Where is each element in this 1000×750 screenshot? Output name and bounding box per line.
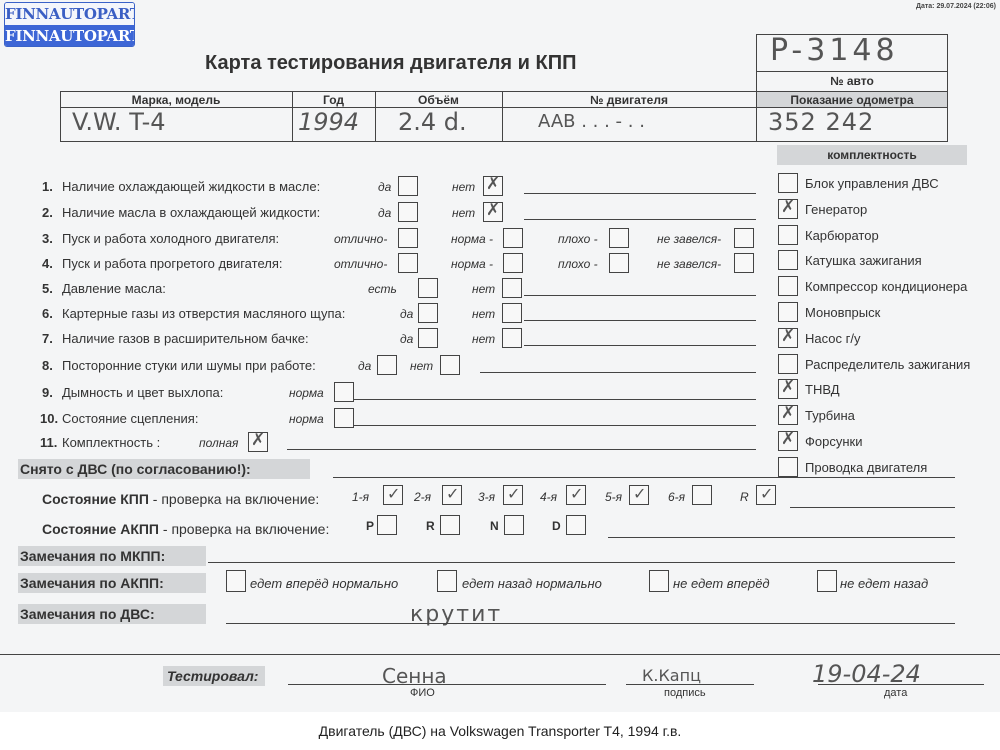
auto-remarks-label: Замечания по АКПП: [20, 575, 164, 591]
engine-remarks-line[interactable] [226, 623, 955, 624]
completeness-checkbox[interactable] [778, 173, 798, 193]
check-number: 11. [40, 435, 57, 450]
check-option-checkbox[interactable] [609, 228, 629, 248]
check-option-label: нет [452, 206, 475, 220]
completeness-checkbox[interactable] [778, 354, 798, 374]
check-option-checkbox[interactable] [734, 228, 754, 248]
check-number: 5. [42, 281, 53, 296]
volume-value: 2.4 d. [398, 108, 467, 136]
check-option-checkbox[interactable] [734, 253, 754, 273]
check-number: 3. [42, 231, 53, 246]
check-option-checkbox[interactable] [503, 228, 523, 248]
col-odometer: Показание одометра [756, 93, 948, 107]
check-notes-line[interactable] [287, 449, 756, 450]
completeness-checkbox[interactable] [778, 250, 798, 270]
check-option-checkbox[interactable] [418, 328, 438, 348]
check-option-checkbox[interactable] [502, 303, 522, 323]
gear-label: 2-я [414, 490, 431, 504]
gear-label: 6-я [668, 490, 685, 504]
check-notes-line[interactable] [524, 193, 756, 194]
check-label: Наличие масла в охлаждающей жидкости: [62, 205, 320, 220]
check-option-checkbox[interactable] [398, 228, 418, 248]
gear-checkbox[interactable] [692, 485, 712, 505]
auto-remark-checkbox[interactable] [226, 570, 246, 592]
gear-label: 4-я [540, 490, 557, 504]
logo-line-2: FINNAUTOPARTS [5, 25, 134, 47]
check-label: Давление масла: [62, 281, 166, 296]
manual-remarks-label: Замечания по МКПП: [20, 548, 165, 564]
auto-gear-label: R [426, 519, 435, 533]
auto-remark-checkbox[interactable] [649, 570, 669, 592]
check-option-label: да [400, 332, 413, 346]
check-option-label: нет [472, 307, 495, 321]
car-number-label: № авто [756, 74, 948, 88]
completeness-item-label: Катушка зажигания [805, 253, 922, 268]
completeness-header-label: комплектность [777, 148, 967, 162]
completeness-item-label: Проводка двигателя [805, 460, 927, 475]
check-option-label: норма [289, 386, 324, 400]
check-option-checkbox[interactable] [334, 408, 354, 428]
check-option-label: плохо - [558, 257, 598, 271]
completeness-checkbox[interactable] [778, 276, 798, 296]
check-option-checkbox[interactable] [334, 382, 354, 402]
check-option-checkbox[interactable] [483, 176, 503, 196]
engine-remarks-label: Замечания по ДВС: [20, 606, 155, 622]
completeness-checkbox[interactable] [778, 379, 798, 399]
completeness-item-label: Насос г/у [805, 331, 860, 346]
gear-label: R [740, 490, 749, 504]
auto-gear-checkbox[interactable] [504, 515, 524, 535]
auto-remark-label: едет назад нормально [462, 576, 602, 591]
check-notes-line[interactable] [524, 219, 756, 220]
check-number: 10. [40, 411, 58, 426]
removed-label: Снято с ДВС (по согласованию!): [20, 461, 251, 477]
check-option-checkbox[interactable] [503, 253, 523, 273]
check-option-label: норма - [451, 257, 493, 271]
finnautoparts-logo: FINNAUTOPARTS FINNAUTOPARTS [4, 2, 135, 47]
auto-gearbox-label: Состояние АКПП - проверка на включение: [42, 521, 329, 537]
check-option-label: нет [410, 359, 433, 373]
check-option-checkbox[interactable] [609, 253, 629, 273]
signature-line[interactable] [626, 684, 754, 685]
completeness-checkbox[interactable] [778, 199, 798, 219]
make-model-value: V.W. T-4 [72, 108, 166, 136]
signature-caption: подпись [664, 687, 706, 699]
auto-remark-checkbox[interactable] [437, 570, 457, 592]
auto-remark-label: не едет вперёд [673, 576, 770, 591]
completeness-item-label: Форсунки [805, 434, 862, 449]
tester-name-line[interactable] [288, 684, 606, 685]
print-date: Дата: 29.07.2024 (22:06) [916, 3, 996, 10]
gear-checkbox[interactable] [503, 485, 523, 505]
check-number: 7. [42, 331, 53, 346]
auto-gear-label: P [366, 519, 374, 533]
gear-label: 1-я [352, 490, 369, 504]
check-number: 4. [42, 256, 53, 271]
check-notes-line[interactable] [524, 320, 756, 321]
check-option-label: не завелся- [657, 257, 721, 271]
check-option-label: норма [289, 412, 324, 426]
date-caption: дата [884, 687, 907, 699]
check-option-label: да [378, 206, 391, 220]
completeness-item-label: Моновпрыск [805, 305, 880, 320]
check-notes-line[interactable] [354, 425, 756, 426]
year-value: 1994 [298, 108, 359, 136]
completeness-checkbox[interactable] [778, 457, 798, 477]
check-option-label: нет [472, 282, 495, 296]
gear-checkbox[interactable] [442, 485, 462, 505]
auto-gear-checkbox[interactable] [377, 515, 397, 535]
check-number: 8. [42, 358, 53, 373]
check-option-label: отлично- [334, 257, 387, 271]
check-option-checkbox[interactable] [502, 278, 522, 298]
col-year: Год [292, 93, 375, 107]
check-option-checkbox[interactable] [418, 278, 438, 298]
auto-remark-label: едет вперёд нормально [250, 576, 398, 591]
check-label: Наличие газов в расширительном бачке: [62, 331, 309, 346]
auto-remark-checkbox[interactable] [817, 570, 837, 592]
check-label: Картерные газы из отверстия масляного щу… [62, 306, 345, 321]
check-option-label: норма - [451, 232, 493, 246]
check-option-label: не завелся- [657, 232, 721, 246]
completeness-checkbox[interactable] [778, 405, 798, 425]
removed-line[interactable] [333, 477, 955, 478]
tested-by-label: Тестировал: [167, 668, 258, 684]
date-line[interactable] [818, 684, 984, 685]
check-option-label: полная [199, 436, 238, 450]
check-label: Пуск и работа холодного двигателя: [62, 231, 279, 246]
check-option-checkbox[interactable] [418, 303, 438, 323]
completeness-item-label: Распределитель зажигания [805, 357, 970, 372]
car-number-value: P-3148 [770, 33, 899, 68]
check-number: 9. [42, 385, 53, 400]
test-card-sheet: FINNAUTOPARTS FINNAUTOPARTS Дата: 29.07.… [0, 0, 1000, 712]
logo-line-1: FINNAUTOPARTS [5, 3, 134, 25]
check-notes-line[interactable] [480, 372, 756, 373]
gear-checkbox[interactable] [383, 485, 403, 505]
tester-name-caption: ФИО [410, 687, 435, 699]
odometer-value: 352 242 [768, 108, 874, 136]
check-option-label: нет [452, 180, 475, 194]
completeness-checkbox[interactable] [778, 431, 798, 451]
completeness-checkbox[interactable] [778, 328, 798, 348]
auto-gear-label: D [552, 519, 561, 533]
check-label: Посторонние стуки или шумы при работе: [62, 358, 316, 373]
gear-checkbox[interactable] [566, 485, 586, 505]
auto-gear-checkbox[interactable] [440, 515, 460, 535]
completeness-item-label: Блок управления ДВС [805, 176, 939, 191]
page-title: Карта тестирования двигателя и КПП [205, 52, 576, 75]
auto-gear-checkbox[interactable] [566, 515, 586, 535]
check-label: Пуск и работа прогретого двигателя: [62, 256, 282, 271]
gear-label: 5-я [605, 490, 622, 504]
check-label: Дымность и цвет выхлопа: [62, 385, 223, 400]
check-option-checkbox[interactable] [398, 253, 418, 273]
check-option-checkbox[interactable] [502, 328, 522, 348]
completeness-item-label: Компрессор кондиционера [805, 279, 967, 294]
check-option-label: да [358, 359, 371, 373]
check-number: 1. [42, 179, 53, 194]
check-option-label: отлично- [334, 232, 387, 246]
check-label: Комплектность : [62, 435, 160, 450]
completeness-checkbox[interactable] [778, 302, 798, 322]
check-label: Наличие охлаждающей жидкости в масле: [62, 179, 320, 194]
check-number: 2. [42, 205, 53, 220]
check-option-checkbox[interactable] [377, 355, 397, 375]
check-option-checkbox[interactable] [398, 176, 418, 196]
manual-gearbox-label: Состояние КПП - проверка на включение: [42, 491, 319, 507]
check-notes-line[interactable] [524, 345, 756, 346]
auto-remark-label: не едет назад [840, 576, 928, 591]
check-notes-line[interactable] [354, 399, 756, 400]
check-option-checkbox[interactable] [440, 355, 460, 375]
check-option-label: плохо - [558, 232, 598, 246]
check-option-checkbox[interactable] [398, 202, 418, 222]
completeness-item-label: Карбюратор [805, 228, 879, 243]
check-number: 6. [42, 306, 53, 321]
signature-value: К.Капц [642, 666, 701, 685]
engine-number-value: AAB . . . - . . [538, 111, 645, 132]
col-make-model: Марка, модель [60, 93, 292, 107]
completeness-checkbox[interactable] [778, 225, 798, 245]
check-option-label: да [378, 180, 391, 194]
manual-remarks-line[interactable] [208, 562, 955, 563]
completeness-item-label: Генератор [805, 202, 867, 217]
auto-gear-label: N [490, 519, 499, 533]
check-option-label: есть [368, 282, 397, 296]
col-volume: Объём [375, 93, 502, 107]
gear-checkbox[interactable] [629, 485, 649, 505]
check-option-label: да [400, 307, 413, 321]
check-option-checkbox[interactable] [483, 202, 503, 222]
completeness-item-label: ТНВД [805, 382, 840, 397]
check-option-label: нет [472, 332, 495, 346]
check-option-checkbox[interactable] [248, 432, 268, 452]
check-notes-line[interactable] [524, 295, 756, 296]
image-caption: Двигатель (ДВС) на Volkswagen Transporte… [0, 712, 1000, 750]
col-engine-number: № двигателя [502, 93, 756, 107]
gear-checkbox[interactable] [756, 485, 776, 505]
completeness-item-label: Турбина [805, 408, 855, 423]
gear-label: 3-я [478, 490, 495, 504]
check-label: Состояние сцепления: [62, 411, 198, 426]
